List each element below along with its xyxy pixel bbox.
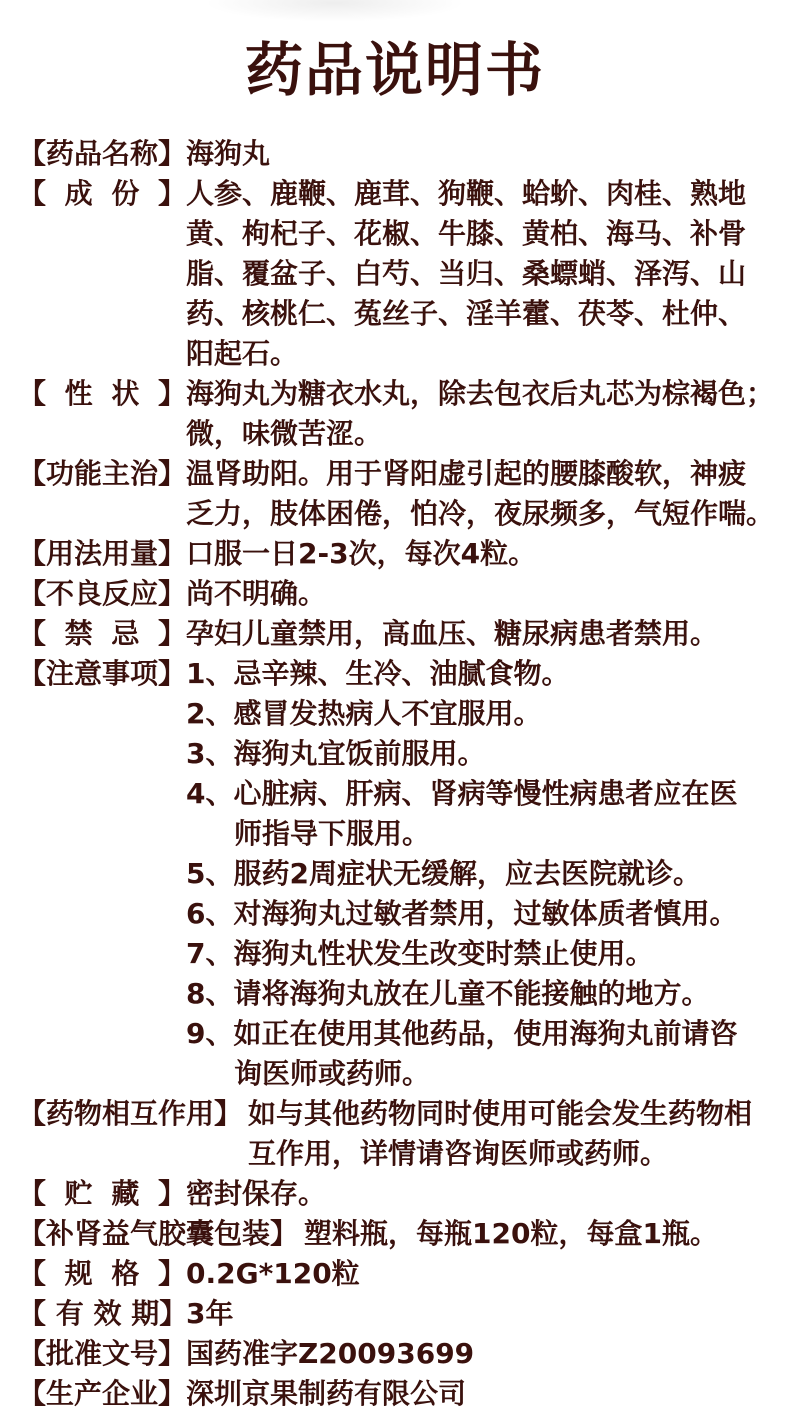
section-content: 海狗丸为糖衣水丸，除去包衣后丸芯为棕褐色； 微，味微苦涩。 [186,374,786,454]
text-line: 如与其他药物同时使用可能会发生药物相 [248,1094,786,1134]
section-content: 口服一日2-3次，每次4粒。 [186,534,786,574]
section-contraindications: 【 禁 忌 】 孕妇儿童禁用，高血压、糖尿病患者禁用。 [18,614,786,654]
text-line: 尚不明确。 [186,574,786,614]
section-content: 0.2G*120粒 [186,1254,786,1294]
page-title: 药品说明书 [0,0,790,132]
section-content: 1、忌辛辣、生冷、油腻食物。 2、感冒发热病人不宜服用。 3、海狗丸宜饭前服用。… [186,654,786,1094]
section-label: 【生产企业】 [18,1374,186,1414]
section-content: 温肾助阳。用于肾阳虚引起的腰膝酸软，神疲 乏力，肢体困倦，怕冷，夜尿频多，气短作… [186,454,786,534]
text-line: 海狗丸为糖衣水丸，除去包衣后丸芯为棕褐色； [186,374,786,414]
section-label: 【药物相互作用】 [18,1094,242,1134]
drug-instruction-sheet: 药品说明书 【药品名称】 海狗丸 【 成 份 】 人参、鹿鞭、鹿茸、狗鞭、蛤蚧、… [0,0,790,1419]
precaution-item: 8、请将海狗丸放在儿童不能接触的地方。 [186,974,786,1014]
precaution-item: 7、海狗丸性状发生改变时禁止使用。 [186,934,786,974]
text-line: 脂、覆盆子、白芍、当归、桑螵蛸、泽泻、山 [186,254,786,294]
precaution-item: 1、忌辛辣、生冷、油腻食物。 [186,654,786,694]
precaution-item: 6、对海狗丸过敏者禁用，过敏体质者慎用。 [186,894,786,934]
section-validity-period: 【 有 效 期】 3年 [18,1294,786,1334]
text-line: 密封保存。 [186,1174,786,1214]
section-dosage: 【用法用量】 口服一日2-3次，每次4粒。 [18,534,786,574]
instruction-entries: 【药品名称】 海狗丸 【 成 份 】 人参、鹿鞭、鹿茸、狗鞭、蛤蚧、肉桂、熟地 … [0,132,790,1414]
section-packaging: 【补肾益气胶囊包装】 塑料瓶，每瓶120粒，每盒1瓶。 [18,1214,786,1254]
text-line: 海狗丸 [186,134,786,174]
section-content: 塑料瓶，每瓶120粒，每盒1瓶。 [304,1214,786,1254]
section-label: 【注意事项】 [18,654,186,694]
text-line: 黄、枸杞子、花椒、牛膝、黄柏、海马、补骨 [186,214,786,254]
text-line: 乏力，肢体困倦，怕冷，夜尿频多，气短作喘。 [186,494,786,534]
precaution-item: 3、海狗丸宜饭前服用。 [186,734,786,774]
text-line: 孕妇儿童禁用，高血压、糖尿病患者禁用。 [186,614,786,654]
section-content: 尚不明确。 [186,574,786,614]
section-label: 【 性 状 】 [18,374,186,414]
section-content: 海狗丸 [186,134,786,174]
precaution-item-continuation: 师指导下服用。 [186,814,786,854]
text-line: 口服一日2-3次，每次4粒。 [186,534,786,574]
precaution-item: 2、感冒发热病人不宜服用。 [186,694,786,734]
text-line: 深圳京果制药有限公司 [186,1374,786,1414]
section-label: 【补肾益气胶囊包装】 [18,1214,298,1254]
section-content: 深圳京果制药有限公司 [186,1374,786,1414]
precaution-item: 4、心脏病、肝病、肾病等慢性病患者应在医 [186,774,786,814]
section-content: 3年 [186,1294,786,1334]
section-label: 【用法用量】 [18,534,186,574]
section-label: 【 禁 忌 】 [18,614,186,654]
section-label: 【功能主治】 [18,454,186,494]
section-specification: 【 规 格 】 0.2G*120粒 [18,1254,786,1294]
text-line: 0.2G*120粒 [186,1254,786,1294]
text-line: 互作用，详情请咨询医师或药师。 [248,1134,786,1174]
section-content: 国药准字Z20093699 [186,1334,786,1374]
section-precautions: 【注意事项】 1、忌辛辣、生冷、油腻食物。 2、感冒发热病人不宜服用。 3、海狗… [18,654,786,1094]
text-line: 塑料瓶，每瓶120粒，每盒1瓶。 [304,1214,786,1254]
section-adverse-reactions: 【不良反应】 尚不明确。 [18,574,786,614]
section-label: 【 有 效 期】 [18,1294,186,1334]
section-content: 人参、鹿鞭、鹿茸、狗鞭、蛤蚧、肉桂、熟地 黄、枸杞子、花椒、牛膝、黄柏、海马、补… [186,174,786,374]
section-content: 密封保存。 [186,1174,786,1214]
section-label: 【 成 份 】 [18,174,186,214]
text-line: 阳起石。 [186,334,786,374]
precaution-item-continuation: 询医师或药师。 [186,1054,786,1094]
text-line: 3年 [186,1294,786,1334]
section-content: 如与其他药物同时使用可能会发生药物相 互作用，详情请咨询医师或药师。 [248,1094,786,1174]
section-approval-number: 【批准文号】 国药准字Z20093699 [18,1334,786,1374]
section-drug-interactions: 【药物相互作用】 如与其他药物同时使用可能会发生药物相 互作用，详情请咨询医师或… [18,1094,786,1174]
section-label: 【 贮 藏 】 [18,1174,186,1214]
section-label: 【不良反应】 [18,574,186,614]
section-ingredients: 【 成 份 】 人参、鹿鞭、鹿茸、狗鞭、蛤蚧、肉桂、熟地 黄、枸杞子、花椒、牛膝… [18,174,786,374]
text-line: 人参、鹿鞭、鹿茸、狗鞭、蛤蚧、肉桂、熟地 [186,174,786,214]
text-line: 国药准字Z20093699 [186,1334,786,1374]
section-content: 孕妇儿童禁用，高血压、糖尿病患者禁用。 [186,614,786,654]
precaution-item: 5、服药2周症状无缓解，应去医院就诊。 [186,854,786,894]
section-drug-name: 【药品名称】 海狗丸 [18,134,786,174]
section-functions-indications: 【功能主治】 温肾助阳。用于肾阳虚引起的腰膝酸软，神疲 乏力，肢体困倦，怕冷，夜… [18,454,786,534]
precaution-item: 9、如正在使用其他药品，使用海狗丸前请咨 [186,1014,786,1054]
text-line: 药、核桃仁、菟丝子、淫羊藿、茯苓、杜仲、 [186,294,786,334]
section-storage: 【 贮 藏 】 密封保存。 [18,1174,786,1214]
section-label: 【批准文号】 [18,1334,186,1374]
section-manufacturer: 【生产企业】 深圳京果制药有限公司 [18,1374,786,1414]
section-label: 【 规 格 】 [18,1254,186,1294]
section-character: 【 性 状 】 海狗丸为糖衣水丸，除去包衣后丸芯为棕褐色； 微，味微苦涩。 [18,374,786,454]
text-line: 微，味微苦涩。 [186,414,786,454]
section-label: 【药品名称】 [18,134,186,174]
text-line: 温肾助阳。用于肾阳虚引起的腰膝酸软，神疲 [186,454,786,494]
